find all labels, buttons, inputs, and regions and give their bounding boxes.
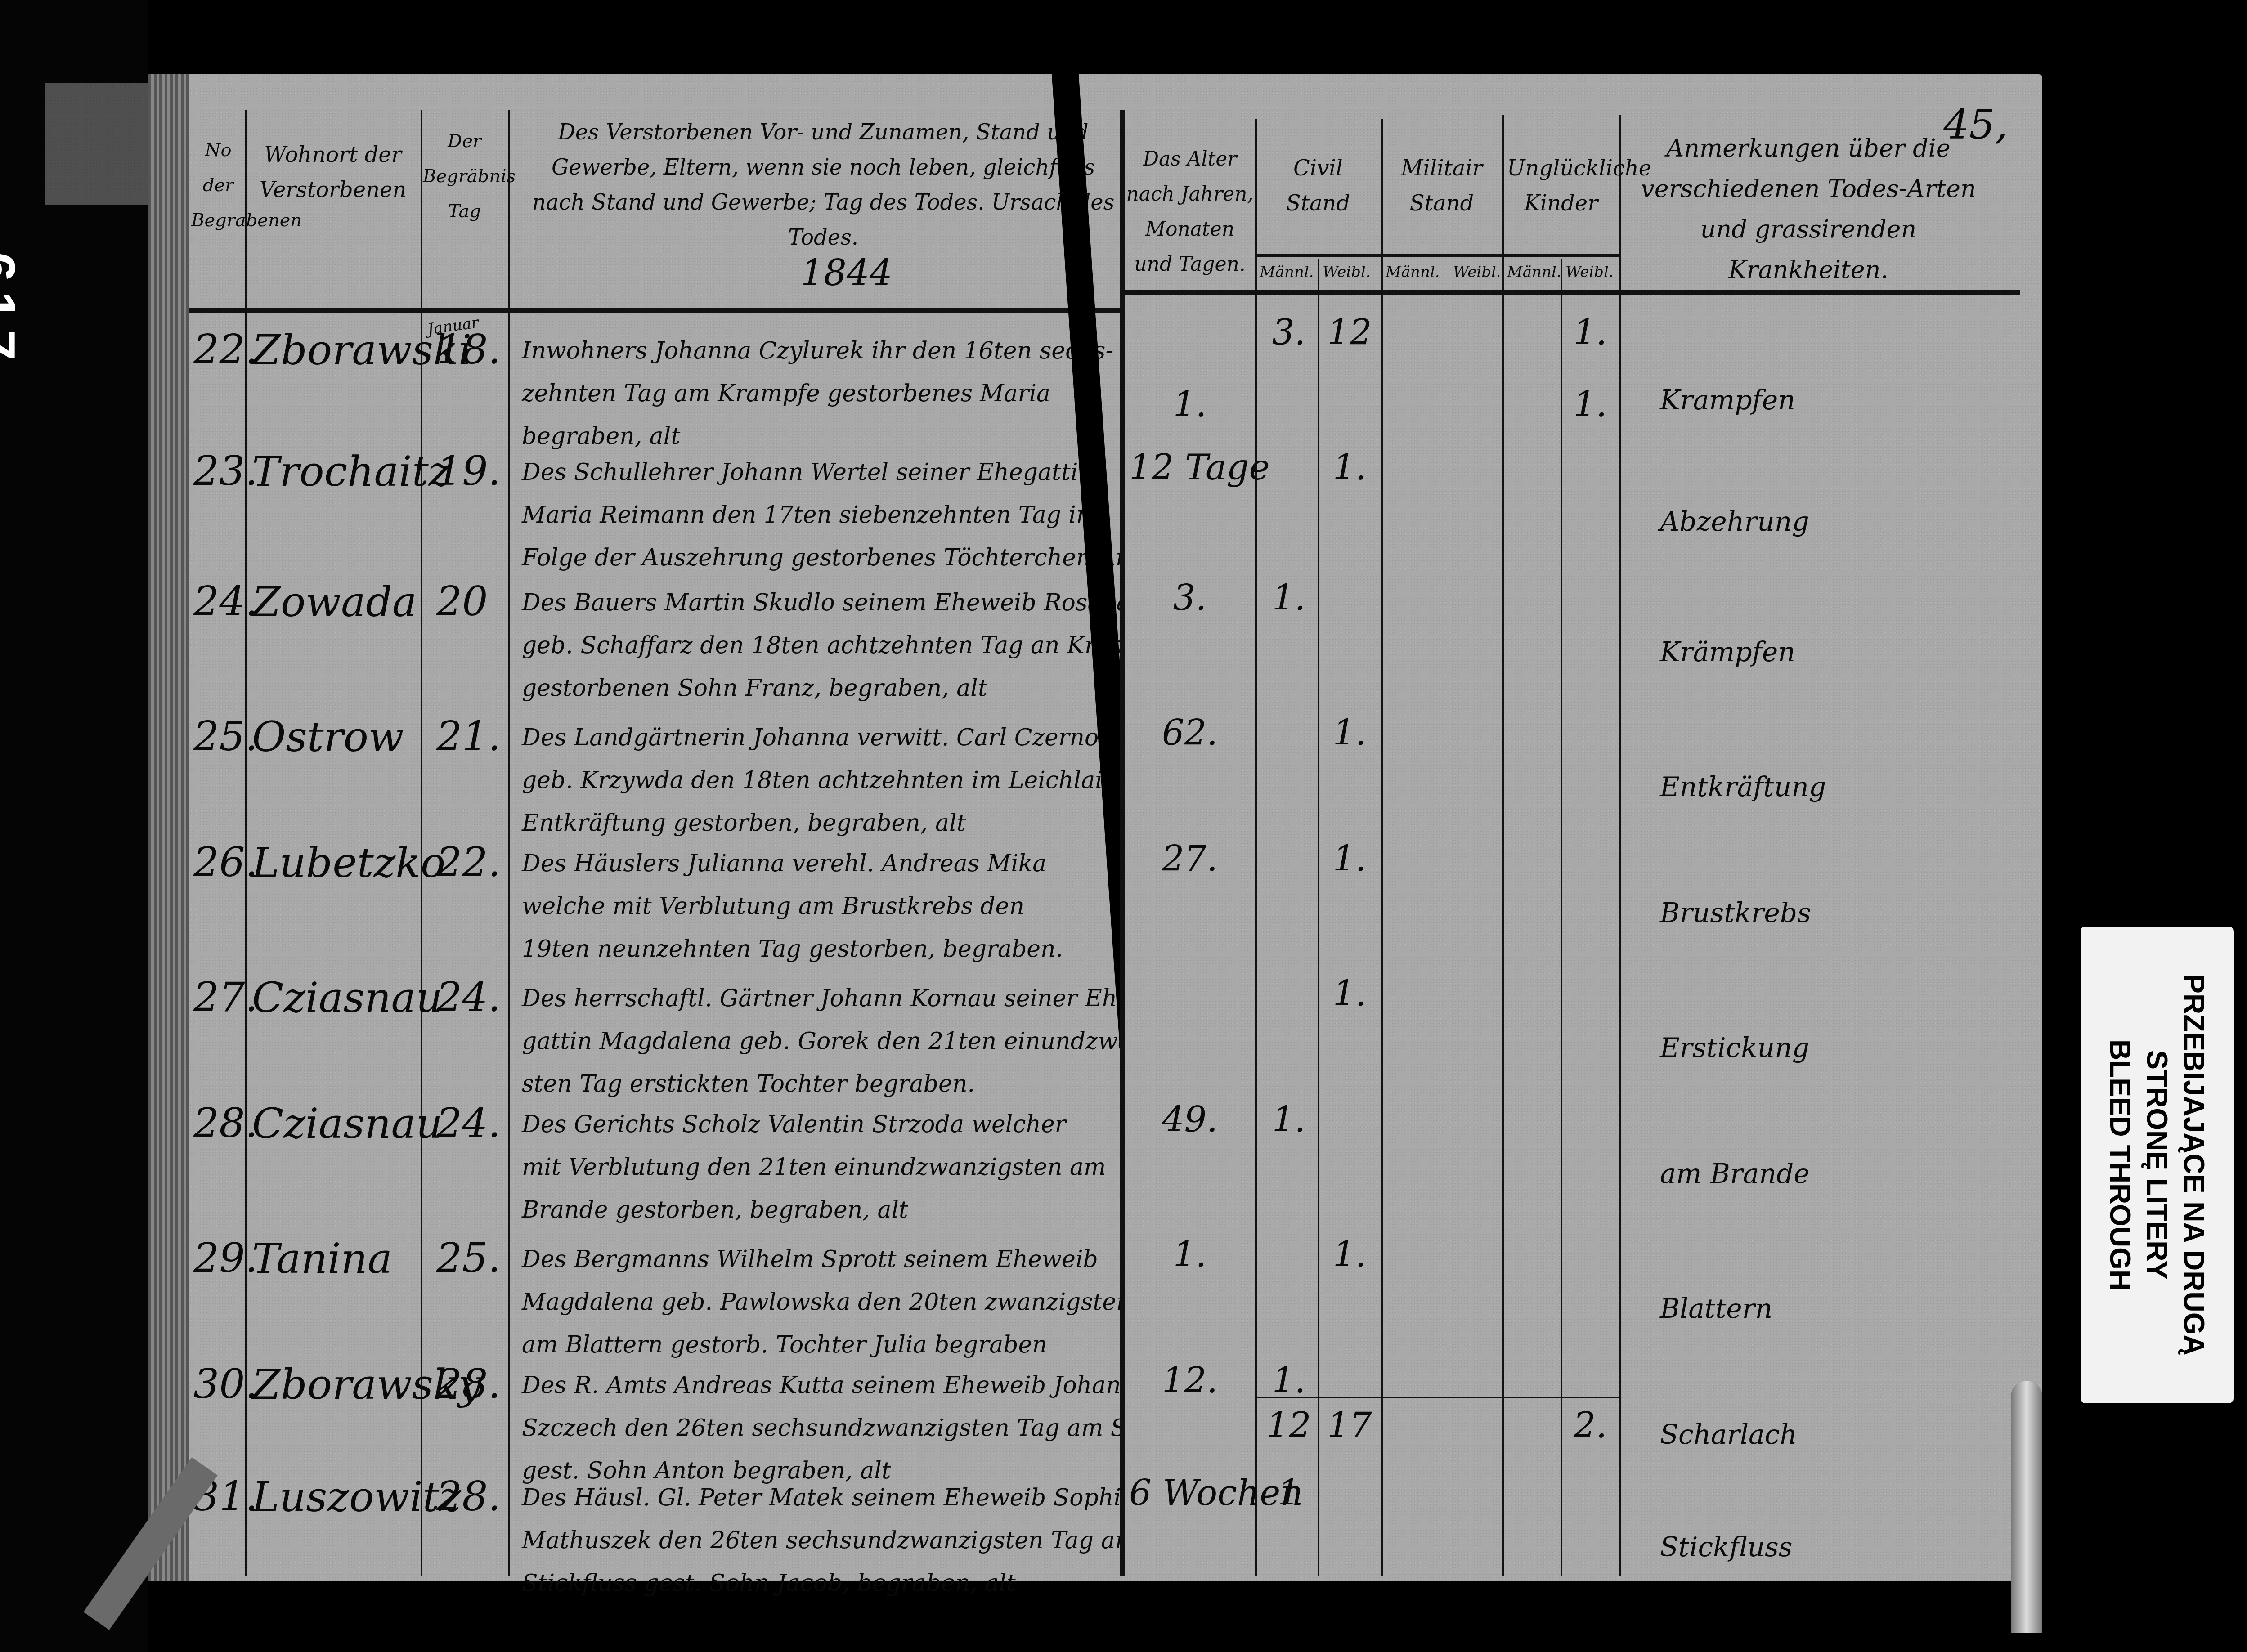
total-civil-male: 12 <box>1264 1406 1314 1446</box>
header-age: Das Alter nach Jahren, Monaten und Tagen… <box>1125 142 1255 282</box>
entry-number: 27. <box>193 974 258 1021</box>
entry-civil-female: 1. <box>1323 1235 1377 1275</box>
sub-civil-male: Männl. <box>1260 263 1314 281</box>
entry-age: 6 Wochen <box>1129 1473 1251 1513</box>
col-line-civil-mid <box>1318 259 1319 1576</box>
row22-civil-male: 3. <box>1264 313 1314 353</box>
ribbon-right <box>2011 1381 2042 1633</box>
header-civil: Civil Stand <box>1260 151 1377 221</box>
header-unhappy: Unglückliche Kinder <box>1507 151 1615 221</box>
entry-age: 12. <box>1129 1361 1251 1401</box>
header-rule <box>189 308 1152 313</box>
entry-age: 1. <box>1129 1235 1251 1275</box>
header-rule-right <box>1120 290 2020 295</box>
catalog-tab <box>45 83 153 205</box>
sub-unhappy-male: Männl. <box>1507 263 1561 281</box>
entry-day: 28. <box>436 1361 501 1408</box>
col-line-civil <box>1255 119 1257 1576</box>
entry-age: 3. <box>1129 578 1251 618</box>
entry-place: Zowada <box>252 578 417 626</box>
entry-remark: Abzehrung <box>1660 506 1809 537</box>
subheader-rule <box>1255 254 1619 257</box>
entry-place: Cziasnau <box>252 974 443 1022</box>
col-line-age <box>1120 110 1125 1576</box>
label-line-1: PRZEBIJAJĄCE NA DRUGĄ <box>2175 927 2212 1403</box>
entry-number: 28. <box>193 1100 258 1147</box>
entry-number: 25. <box>193 713 258 760</box>
entry-civil-female: 1. <box>1323 839 1377 879</box>
header-number: No der Begrabenen <box>191 133 245 238</box>
row22-civil-female: 12 <box>1323 313 1377 353</box>
year: 1844 <box>801 252 893 294</box>
entry-unhappy-female: 1. <box>1565 385 1615 425</box>
entry-age: 1. <box>1129 385 1251 425</box>
entry-day: 25. <box>436 1235 501 1282</box>
entry-number: 29. <box>193 1235 258 1282</box>
bleed-through-label: PRZEBIJAJĄCE NA DRUGĄ STRONĘ LITERY BLEE… <box>2081 927 2234 1403</box>
entry-number: 24. <box>193 578 258 625</box>
col-line-military <box>1381 119 1383 1576</box>
entry-civil-male: 1. <box>1264 578 1314 618</box>
sub-civil-female: Weibl. <box>1323 263 1371 281</box>
entry-day: 19. <box>436 448 501 495</box>
entry-day: 20 <box>436 578 488 625</box>
label-line-2: STRONĘ LITERY <box>2139 927 2175 1403</box>
header-remarks: Anmerkungen über die verschiedenen Todes… <box>1637 128 1979 290</box>
total-unhappy-female: 2. <box>1565 1406 1615 1446</box>
entry-civil-female: 1. <box>1323 974 1377 1014</box>
entry-place: Tanina <box>252 1235 392 1283</box>
right-page: Das Alter nach Jahren, Monaten und Tagen… <box>1120 74 2042 1581</box>
entry-place: Luszowitz <box>252 1473 461 1521</box>
entry-day: 22. <box>436 839 501 886</box>
entry-remark: Erstickung <box>1660 1032 1809 1064</box>
sub-military-female: Weibl. <box>1453 263 1501 281</box>
entry-remark: Krämpfen <box>1660 636 1795 668</box>
entry-place: Trochaitz <box>252 448 450 496</box>
entry-remark: Krampfen <box>1660 385 1795 416</box>
entry-place: Ostrow <box>252 713 404 761</box>
col-line-military-mid <box>1449 259 1449 1576</box>
entry-number: 30. <box>193 1361 258 1408</box>
total-civil-female: 17 <box>1323 1406 1377 1446</box>
col-line-remarks <box>1619 115 1621 1576</box>
page-edges <box>148 74 189 1581</box>
col-line-unhappy <box>1502 115 1504 1576</box>
header-house: Wohnort der Verstorbenen <box>250 137 416 207</box>
entry-day: 28. <box>436 1473 501 1520</box>
entry-civil-male: 1. <box>1264 1100 1314 1140</box>
entry-number: 22. <box>193 326 258 373</box>
entry-text-line: Stickfluss gest. Sohn Jacob, begraben, a… <box>522 1549 1016 1617</box>
entry-day: 24. <box>436 1100 501 1147</box>
entry-remark: Scharlach <box>1660 1419 1797 1451</box>
entry-day: 24. <box>436 974 501 1021</box>
archive-number: 617 <box>0 252 27 369</box>
entry-remark: Brustkrebs <box>1660 897 1811 929</box>
entry-number: 23. <box>193 448 258 495</box>
entry-remark: am Brande <box>1660 1158 1810 1190</box>
entry-day: 18. <box>436 326 501 373</box>
header-deceased: Des Verstorbenen Vor- und Zunamen, Stand… <box>522 115 1125 255</box>
left-binding-strip <box>0 0 148 1652</box>
col-line-unhappy-mid <box>1561 259 1562 1576</box>
entry-civil-male: 1. <box>1264 1361 1314 1401</box>
entry-place: Lubetzko <box>252 839 445 887</box>
entry-age: 27. <box>1129 839 1251 879</box>
entry-age: 62. <box>1129 713 1251 753</box>
entry-remark: Entkräftung <box>1660 771 1826 803</box>
entry-civil-female: 1. <box>1323 713 1377 753</box>
entry-remark: Stickfluss <box>1660 1531 1793 1563</box>
entry-civil-male: 1 <box>1264 1473 1314 1513</box>
row22-unhappy-female: 1. <box>1565 313 1615 353</box>
header-military: Militair Stand <box>1386 151 1498 221</box>
sub-unhappy-female: Weibl. <box>1565 263 1614 281</box>
entry-civil-female: 1. <box>1323 448 1377 488</box>
totals-rule <box>1255 1397 1619 1398</box>
entry-remark: Blattern <box>1660 1293 1772 1325</box>
entry-day: 21. <box>436 713 501 760</box>
sub-military-male: Männl. <box>1386 263 1440 281</box>
label-line-3: BLEED THROUGH <box>2102 927 2139 1403</box>
left-page: No der Begrabenen Wohnort der Verstorben… <box>148 74 1156 1581</box>
header-date: Der Begräbnis Tag <box>423 124 506 229</box>
col-line-3 <box>508 110 510 1576</box>
entry-age: 49. <box>1129 1100 1251 1140</box>
page-number: 45, <box>1943 101 2008 148</box>
entry-place: Cziasnau <box>252 1100 443 1148</box>
entry-age: 12 Tage <box>1129 448 1251 488</box>
entry-number: 26. <box>193 839 258 886</box>
